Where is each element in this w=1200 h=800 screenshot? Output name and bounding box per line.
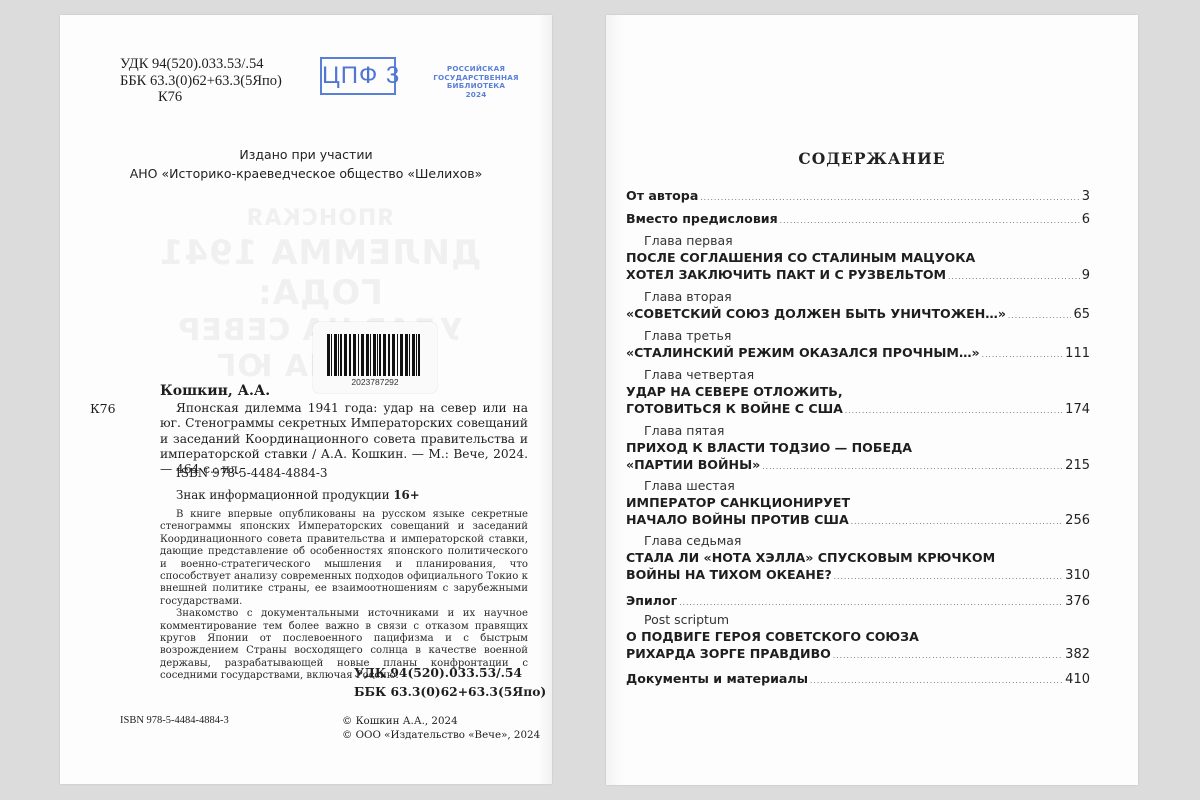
udc-block-top: УДК 94(520).033.53/.54 ББК 63.3(0)62+63.… bbox=[120, 56, 282, 106]
toc-page-number: 382 bbox=[1065, 646, 1090, 663]
toc-entry[interactable]: Глава перваяПОСЛЕ СОГЛАШЕНИЯ СО СТАЛИНЫМ… bbox=[626, 234, 1090, 286]
toc-entry[interactable]: Документы и материалы410 bbox=[626, 670, 1090, 690]
toc-title: СОДЕРЖАНИЕ bbox=[606, 149, 1138, 168]
toc-page-number: 174 bbox=[1065, 401, 1090, 418]
toc-entry-title: ХОТЕЛ ЗАКЛЮЧИТЬ ПАКТ И С РУЗВЕЛЬТОМ bbox=[626, 266, 946, 283]
udk-code: УДК 94(520).033.53/.54 bbox=[120, 56, 282, 73]
publisher-note-line: АНО «Историко-краеведческое общество «Ше… bbox=[60, 164, 552, 183]
toc-chapter-label: Post scriptum bbox=[626, 613, 1090, 628]
toc-page-number: 65 bbox=[1073, 306, 1090, 323]
toc-page-number: 215 bbox=[1065, 457, 1090, 474]
toc-entry[interactable]: Post scriptumО ПОДВИГЕ ГЕРОЯ СОВЕТСКОГО … bbox=[626, 613, 1090, 665]
toc-page-number: 6 bbox=[1082, 211, 1090, 228]
toc-entry-title: От автора bbox=[626, 187, 698, 204]
toc-entry[interactable]: Эпилог376 bbox=[626, 592, 1090, 612]
toc-entry-title: Документы и материалы bbox=[626, 670, 808, 687]
barcode-number: 2023787292 bbox=[313, 377, 437, 387]
toc-entry-title: Эпилог bbox=[626, 592, 677, 609]
toc-leader-dots bbox=[1008, 308, 1071, 325]
book-annotation: В книге впервые опубликованы на русском … bbox=[160, 509, 528, 683]
age-rating-value: 16+ bbox=[393, 488, 419, 502]
publisher-note-line: Издано при участии bbox=[60, 145, 552, 164]
udk-code-bottom: УДК 94(520).033.53/.54 bbox=[354, 663, 546, 682]
toc-entry-row: ВОЙНЫ НА ТИХОМ ОКЕАНЕ?310 bbox=[626, 566, 1090, 586]
toc-leader-dots bbox=[810, 673, 1063, 690]
toc-entry-title: РИХАРДА ЗОРГЕ ПРАВДИВО bbox=[626, 645, 831, 662]
toc-page-number: 111 bbox=[1065, 345, 1090, 362]
copyright-block: © Кошкин А.А., 2024 © ООО «Издательство … bbox=[342, 714, 540, 742]
toc-entry-title: ГОТОВИТЬСЯ К ВОЙНЕ С США bbox=[626, 400, 843, 417]
toc-entry[interactable]: Глава четвертаяУДАР НА СЕВЕРЕ ОТЛОЖИТЬ,Г… bbox=[626, 368, 1090, 420]
toc-entry-title: ВОЙНЫ НА ТИХОМ ОКЕАНЕ? bbox=[626, 566, 832, 583]
author-mark: К76 bbox=[120, 89, 282, 106]
barcode-icon bbox=[327, 334, 420, 376]
toc-entry-title: «ПАРТИИ ВОЙНЫ» bbox=[626, 456, 760, 473]
library-stamp-year: 2024 bbox=[428, 91, 524, 100]
toc-entry-title: «СОВЕТСКИЙ СОЮЗ ДОЛЖЕН БЫТЬ УНИЧТОЖЕН…» bbox=[626, 305, 1006, 322]
toc-page-number: 256 bbox=[1065, 512, 1090, 529]
toc-entry-row: «СТАЛИНСКИЙ РЕЖИМ ОКАЗАЛСЯ ПРОЧНЫМ…»111 bbox=[626, 344, 1090, 364]
toc-chapter-label: Глава седьмая bbox=[626, 534, 1090, 549]
toc-entry-row: ХОТЕЛ ЗАКЛЮЧИТЬ ПАКТ И С РУЗВЕЛЬТОМ9 bbox=[626, 266, 1090, 286]
toc-leader-dots bbox=[982, 347, 1063, 364]
toc-entry-title: ПОСЛЕ СОГЛАШЕНИЯ СО СТАЛИНЫМ МАЦУОКА bbox=[626, 249, 1090, 266]
toc-leader-dots bbox=[700, 190, 1079, 207]
toc-entry-title: Вместо предисловия bbox=[626, 210, 778, 227]
cpf-stamp: ЦПФ 3 bbox=[320, 57, 396, 95]
toc-entry-row: Документы и материалы410 bbox=[626, 670, 1090, 690]
toc-leader-dots bbox=[948, 269, 1080, 286]
barcode-sticker: 2023787292 bbox=[313, 322, 437, 393]
toc-chapter-label: Глава шестая bbox=[626, 479, 1090, 494]
toc-entry-title: НАЧАЛО ВОЙНЫ ПРОТИВ США bbox=[626, 511, 849, 528]
toc-entry-title: СТАЛА ЛИ «НОТА ХЭЛЛА» СПУСКОВЫМ КРЮЧКОМ bbox=[626, 549, 1090, 566]
toc-entry-row: От автора3 bbox=[626, 187, 1090, 207]
toc-leader-dots bbox=[845, 403, 1063, 420]
toc-chapter-label: Глава пятая bbox=[626, 424, 1090, 439]
bbk-code: ББК 63.3(0)62+63.3(5Япо) bbox=[120, 73, 282, 90]
toc-chapter-label: Глава первая bbox=[626, 234, 1090, 249]
toc-chapter-label: Глава четвертая bbox=[626, 368, 1090, 383]
copyright-line: © Кошкин А.А., 2024 bbox=[342, 714, 540, 728]
toc-chapter-label: Глава вторая bbox=[626, 290, 1090, 305]
ghost-line: ЯПОНСКАЯ bbox=[120, 205, 520, 233]
toc-page-number: 376 bbox=[1065, 593, 1090, 610]
toc-entry-title: «СТАЛИНСКИЙ РЕЖИМ ОКАЗАЛСЯ ПРОЧНЫМ…» bbox=[626, 344, 980, 361]
ghost-line: ДИЛЕММА 1941 ГОДА: bbox=[120, 233, 520, 313]
toc-entry-row: РИХАРДА ЗОРГЕ ПРАВДИВО382 bbox=[626, 645, 1090, 665]
toc-entry-row: «СОВЕТСКИЙ СОЮЗ ДОЛЖЕН БЫТЬ УНИЧТОЖЕН…»6… bbox=[626, 305, 1090, 325]
toc-entry-row: ГОТОВИТЬСЯ К ВОЙНЕ С США174 bbox=[626, 400, 1090, 420]
toc-leader-dots bbox=[679, 595, 1063, 612]
toc-entry[interactable]: Вместо предисловия6 bbox=[626, 210, 1090, 230]
toc-entry[interactable]: Глава третья«СТАЛИНСКИЙ РЕЖИМ ОКАЗАЛСЯ П… bbox=[626, 329, 1090, 364]
toc-leader-dots bbox=[833, 648, 1063, 665]
toc-entry[interactable]: Глава вторая«СОВЕТСКИЙ СОЮЗ ДОЛЖЕН БЫТЬ … bbox=[626, 290, 1090, 325]
bbk-code-bottom: ББК 63.3(0)62+63.3(5Япо) bbox=[354, 682, 546, 701]
toc-entry-row: НАЧАЛО ВОЙНЫ ПРОТИВ США256 bbox=[626, 511, 1090, 531]
toc-entry[interactable]: Глава седьмаяСТАЛА ЛИ «НОТА ХЭЛЛА» СПУСК… bbox=[626, 534, 1090, 586]
toc-entry-row: Эпилог376 bbox=[626, 592, 1090, 612]
toc-entry[interactable]: Глава шестаяИМПЕРАТОР САНКЦИОНИРУЕТНАЧАЛ… bbox=[626, 479, 1090, 531]
toc-leader-dots bbox=[851, 514, 1063, 531]
catalog-side-mark: К76 bbox=[90, 401, 116, 416]
toc-entry-row: Вместо предисловия6 bbox=[626, 210, 1090, 230]
toc-entry-title: ИМПЕРАТОР САНКЦИОНИРУЕТ bbox=[626, 494, 1090, 511]
library-stamp: РОССИЙСКАЯ ГОСУДАРСТВЕННАЯ БИБЛИОТЕКА 20… bbox=[428, 65, 524, 99]
toc-page-number: 3 bbox=[1082, 188, 1090, 205]
toc-page-number: 410 bbox=[1065, 671, 1090, 688]
toc-chapter-label: Глава третья bbox=[626, 329, 1090, 344]
age-rating-label: Знак информационной продукции bbox=[176, 488, 390, 502]
publisher-note: Издано при участии АНО «Историко-краевед… bbox=[60, 145, 552, 183]
copyright-line: © ООО «Издательство «Вече», 2024 bbox=[342, 728, 540, 742]
toc-page-number: 9 bbox=[1082, 267, 1090, 284]
annotation-paragraph: В книге впервые опубликованы на русском … bbox=[160, 509, 528, 608]
left-page-imprint: УДК 94(520).033.53/.54 ББК 63.3(0)62+63.… bbox=[60, 15, 552, 784]
catalog-isbn: ISBN 978-5-4484-4884-3 bbox=[176, 466, 328, 480]
toc-entry-title: ПРИХОД К ВЛАСТИ ТОДЗИО — ПОБЕДА bbox=[626, 439, 1090, 456]
catalog-author: Кошкин, А.А. bbox=[160, 383, 270, 399]
age-rating: Знак информационной продукции 16+ bbox=[176, 488, 420, 502]
toc-leader-dots bbox=[762, 459, 1063, 476]
udc-block-bottom: УДК 94(520).033.53/.54 ББК 63.3(0)62+63.… bbox=[354, 663, 546, 701]
right-page-contents: СОДЕРЖАНИЕ От автора3Вместо предисловия6… bbox=[606, 15, 1138, 785]
toc-entry[interactable]: От автора3 bbox=[626, 187, 1090, 207]
toc-entry[interactable]: Глава пятаяПРИХОД К ВЛАСТИ ТОДЗИО — ПОБЕ… bbox=[626, 424, 1090, 476]
toc-leader-dots bbox=[834, 569, 1063, 586]
toc-entry-title: УДАР НА СЕВЕРЕ ОТЛОЖИТЬ, bbox=[626, 383, 1090, 400]
toc-entry-row: «ПАРТИИ ВОЙНЫ»215 bbox=[626, 456, 1090, 476]
isbn-bottom: ISBN 978-5-4484-4884-3 bbox=[120, 715, 229, 726]
toc-entry-title: О ПОДВИГЕ ГЕРОЯ СОВЕТСКОГО СОЮЗА bbox=[626, 628, 1090, 645]
toc-leader-dots bbox=[780, 213, 1080, 230]
toc-page-number: 310 bbox=[1065, 567, 1090, 584]
